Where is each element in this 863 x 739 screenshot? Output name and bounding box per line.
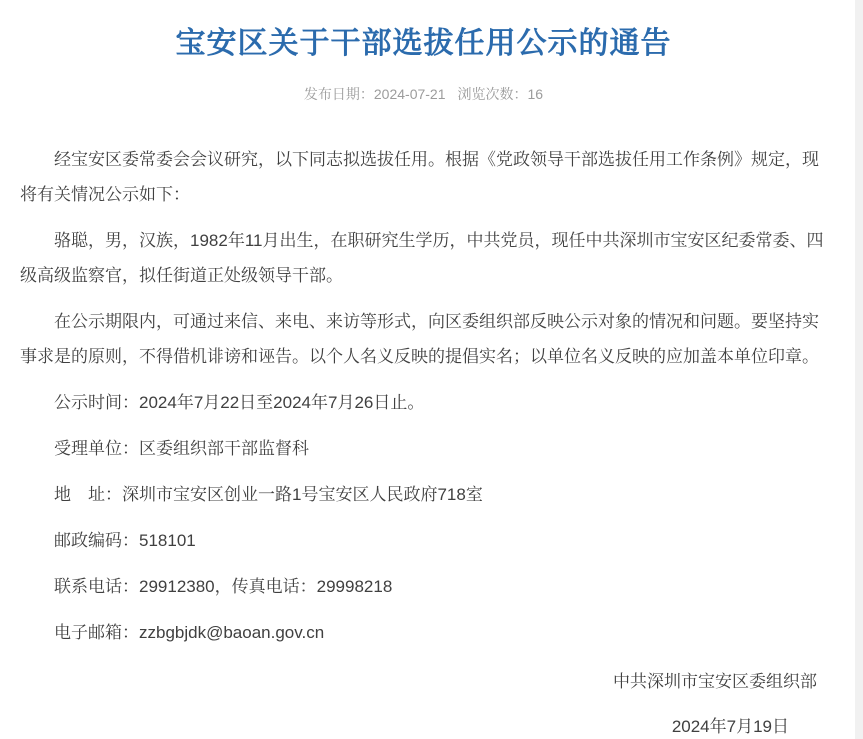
page-title: 宝安区关于干部选拔任用公示的通告 <box>20 24 827 63</box>
signature-date: 2024年7月19日 <box>20 709 827 739</box>
body-paragraph: 地 址：深圳市宝安区创业一路1号宝安区人民政府718室 <box>20 477 827 512</box>
notice-page: 宝安区关于干部选拔任用公示的通告 发布日期：2024-07-21浏览次数：16 … <box>0 0 855 739</box>
publish-date-value: 2024-07-21 <box>374 86 446 102</box>
article-meta: 发布日期：2024-07-21浏览次数：16 <box>20 84 827 104</box>
body-paragraph: 公示时间：2024年7月22日至2024年7月26日止。 <box>20 385 827 420</box>
body-paragraph: 受理单位：区委组织部干部监督科 <box>20 431 827 466</box>
scrollbar-track[interactable] <box>855 0 863 739</box>
signature-org: 中共深圳市宝安区委组织部 <box>20 664 827 699</box>
signature-block: 中共深圳市宝安区委组织部 2024年7月19日 <box>20 664 827 739</box>
views-value: 16 <box>528 86 544 102</box>
body-paragraph: 电子邮箱：zzbgbjdk@baoan.gov.cn <box>20 615 827 650</box>
body-paragraph: 骆聪，男，汉族，1982年11月出生，在职研究生学历，中共党员，现任中共深圳市宝… <box>20 223 827 293</box>
body-paragraph: 联系电话：29912380，传真电话：29998218 <box>20 569 827 604</box>
body-paragraph: 在公示期限内，可通过来信、来电、来访等形式，向区委组织部反映公示对象的情况和问题… <box>20 304 827 374</box>
article-body: 经宝安区委常委会会议研究，以下同志拟选拔任用。根据《党政领导干部选拔任用工作条例… <box>20 142 827 650</box>
publish-date-label: 发布日期： <box>304 86 374 102</box>
views-label: 浏览次数： <box>458 86 528 102</box>
body-paragraph: 经宝安区委常委会会议研究，以下同志拟选拔任用。根据《党政领导干部选拔任用工作条例… <box>20 142 827 212</box>
body-paragraph: 邮政编码：518101 <box>20 523 827 558</box>
